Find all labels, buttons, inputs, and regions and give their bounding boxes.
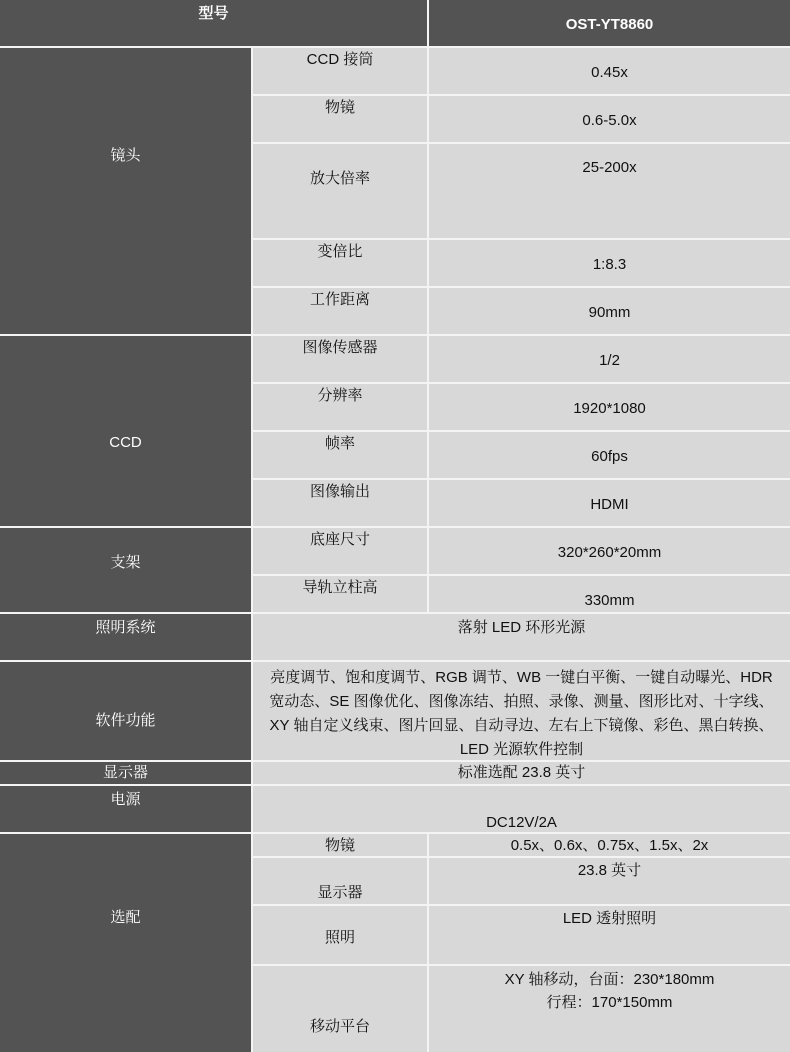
spec-value: HDMI bbox=[429, 496, 790, 514]
spec-value: 0.5x、0.6x、0.75x、1.5x、2x bbox=[429, 837, 790, 855]
software-line: XY 轴自定义线束、图片回显、自动寻边、左右上下镜像、彩色、黑白转换、 bbox=[253, 714, 790, 738]
software-line: 亮度调节、饱和度调节、RGB 调节、WB 一键白平衡、一键自动曝光、HDR bbox=[253, 666, 790, 690]
spec-label-cell: 导轨立柱高 bbox=[253, 576, 427, 612]
spec-label: 导轨立柱高 bbox=[253, 579, 427, 597]
lens-category-cell: 镜头 bbox=[0, 48, 251, 334]
spec-value: 1:8.3 bbox=[429, 256, 790, 274]
spec-value: 330mm bbox=[429, 592, 790, 610]
spec-label: 物镜 bbox=[253, 837, 427, 855]
power-category-cell: 电源 bbox=[0, 786, 251, 832]
spec-value-cell: 90mm bbox=[429, 288, 790, 334]
spec-value-cell: 1/2 bbox=[429, 336, 790, 382]
display-category-cell: 显示器 bbox=[0, 762, 251, 784]
spec-value-cell: 1920*1080 bbox=[429, 384, 790, 430]
spec-value-cell: 23.8 英寸 bbox=[429, 858, 790, 904]
spec-label-cell: 放大倍率 bbox=[253, 144, 427, 238]
spec-label-cell: 变倍比 bbox=[253, 240, 427, 286]
lighting-category-cell: 照明系统 bbox=[0, 614, 251, 660]
spec-label: 底座尺寸 bbox=[253, 531, 427, 549]
spec-label: 放大倍率 bbox=[253, 170, 427, 188]
spec-label: 移动平台 bbox=[253, 1018, 427, 1036]
options-category-label: 选配 bbox=[0, 909, 251, 927]
spec-value: 23.8 英寸 bbox=[429, 862, 790, 880]
lighting-value: 落射 LED 环形光源 bbox=[253, 619, 790, 637]
spec-label: 图像输出 bbox=[253, 483, 427, 501]
spec-value-cell: 0.45x bbox=[429, 48, 790, 94]
options-category-cell: 选配 bbox=[0, 834, 251, 1052]
lighting-value-cell: 落射 LED 环形光源 bbox=[253, 614, 790, 660]
spec-label-cell: 照明 bbox=[253, 906, 427, 964]
ccd-category-cell: CCD bbox=[0, 336, 251, 526]
spec-value-cell: 0.6-5.0x bbox=[429, 96, 790, 142]
spec-value-cell: 320*260*20mm bbox=[429, 528, 790, 574]
software-line: LED 光源软件控制 bbox=[253, 738, 790, 762]
power-value-cell: DC12V/2A bbox=[253, 786, 790, 832]
spec-label: CCD 接筒 bbox=[253, 51, 427, 69]
software-category-label: 软件功能 bbox=[0, 712, 251, 730]
display-value: 标准选配 23.8 英寸 bbox=[253, 764, 790, 782]
spec-label: 分辨率 bbox=[253, 387, 427, 405]
spec-value-cell: LED 透射照明 bbox=[429, 906, 790, 964]
software-category-cell: 软件功能 bbox=[0, 662, 251, 760]
spec-label: 帧率 bbox=[253, 435, 427, 453]
header-model-value-cell: OST-YT8860 bbox=[429, 0, 790, 46]
spec-label-cell: 底座尺寸 bbox=[253, 528, 427, 574]
spec-value: 1/2 bbox=[429, 352, 790, 370]
spec-value-cell: 0.5x、0.6x、0.75x、1.5x、2x bbox=[429, 834, 790, 856]
spec-value: 0.45x bbox=[429, 64, 790, 82]
power-category-label: 电源 bbox=[0, 791, 251, 809]
software-line: 宽动态、SE 图像优化、图像冻结、拍照、录像、测量、图形比对、十字线、 bbox=[253, 690, 790, 714]
header-model-label: 型号 bbox=[0, 5, 427, 23]
spec-label-cell: 移动平台 bbox=[253, 966, 427, 1052]
spec-label: 工作距离 bbox=[253, 291, 427, 309]
spec-value-cell: XY 轴移动，台面：230*180mm 行程：170*150mm bbox=[429, 966, 790, 1052]
spec-label-cell: 图像传感器 bbox=[253, 336, 427, 382]
header-model-value: OST-YT8860 bbox=[429, 16, 790, 34]
lens-category-label: 镜头 bbox=[0, 147, 251, 165]
spec-value-cell: 330mm bbox=[429, 576, 790, 612]
spec-label: 图像传感器 bbox=[253, 339, 427, 357]
spec-value: 320*260*20mm bbox=[429, 544, 790, 562]
spec-value-cell: 60fps bbox=[429, 432, 790, 478]
spec-value: 0.6-5.0x bbox=[429, 112, 790, 130]
spec-label-cell: 物镜 bbox=[253, 834, 427, 856]
spec-label-cell: 帧率 bbox=[253, 432, 427, 478]
spec-value-cell: HDMI bbox=[429, 480, 790, 526]
spec-label: 照明 bbox=[253, 929, 427, 947]
spec-label: 变倍比 bbox=[253, 243, 427, 261]
spec-value: 25-200x bbox=[429, 159, 790, 177]
spec-label-cell: 图像输出 bbox=[253, 480, 427, 526]
ccd-category-label: CCD bbox=[0, 434, 251, 452]
spec-value-cell: 1:8.3 bbox=[429, 240, 790, 286]
power-value: DC12V/2A bbox=[253, 814, 790, 832]
spec-label-cell: 显示器 bbox=[253, 858, 427, 904]
spec-value-cell: 25-200x bbox=[429, 144, 790, 238]
spec-label-cell: CCD 接筒 bbox=[253, 48, 427, 94]
spec-value-line2: 行程：170*150mm bbox=[429, 994, 790, 1012]
stand-category-cell: 支架 bbox=[0, 528, 251, 612]
spec-value: LED 透射照明 bbox=[429, 910, 790, 928]
display-value-cell: 标准选配 23.8 英寸 bbox=[253, 762, 790, 784]
header-model-label-cell: 型号 bbox=[0, 0, 427, 46]
spec-label-cell: 分辨率 bbox=[253, 384, 427, 430]
spec-label: 显示器 bbox=[253, 884, 427, 902]
spec-label: 物镜 bbox=[253, 99, 427, 117]
spec-value: 60fps bbox=[429, 448, 790, 466]
spec-value: 1920*1080 bbox=[429, 400, 790, 418]
spec-value: XY 轴移动，台面：230*180mm bbox=[429, 971, 790, 989]
stand-category-label: 支架 bbox=[0, 554, 251, 572]
display-category-label: 显示器 bbox=[0, 764, 251, 782]
spec-label-cell: 工作距离 bbox=[253, 288, 427, 334]
spec-value: 90mm bbox=[429, 304, 790, 322]
spec-label-cell: 物镜 bbox=[253, 96, 427, 142]
software-value-cell: 亮度调节、饱和度调节、RGB 调节、WB 一键白平衡、一键自动曝光、HDR 宽动… bbox=[253, 662, 790, 760]
lighting-category-label: 照明系统 bbox=[0, 619, 251, 637]
